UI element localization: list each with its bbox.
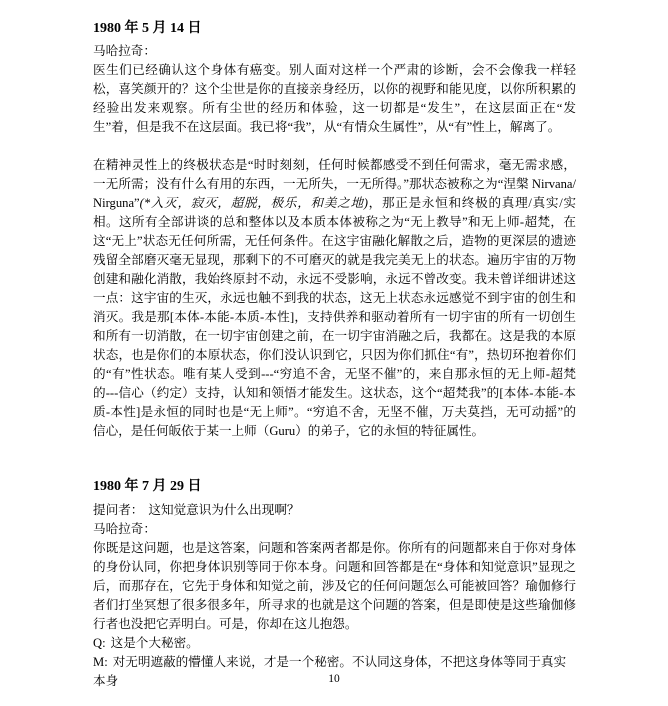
paragraph-body: 医生们已经确认这个身体有癌变。别人面对这样一个严肃的诊断，会不会像我一样轻松，喜… xyxy=(93,61,576,137)
m-label: M: xyxy=(93,655,108,669)
q-text: 这是个大秘密。 xyxy=(111,636,199,650)
paragraph-body: 在精神灵性上的终极状态是“时时刻刻，任何时候都感受不到任何需求，毫无需求感，一无… xyxy=(93,156,576,441)
question-text: 这知觉意识为什么出现啊？ xyxy=(148,503,299,517)
section-1980-07-29: 1980 年 7 月 29 日 提问者：这知觉意识为什么出现啊？ 马哈拉奇： 你… xyxy=(93,477,576,691)
question-line: 提问者：这知觉意识为什么出现啊？ xyxy=(93,501,576,520)
speaker-label: 马哈拉奇： xyxy=(93,42,576,61)
speaker-label: 马哈拉奇： xyxy=(93,520,576,539)
page-number: 10 xyxy=(0,672,668,686)
answer-paragraph: 你既是这问题，也是这答案，问题和答案两者都是你。你所有的问题都来自于你对身体的身… xyxy=(93,539,576,634)
translator-gloss: (*入灭，寂灭，超脱，极乐，和美之地) xyxy=(140,196,368,210)
questioner-label: 提问者： xyxy=(93,503,143,517)
paragraph-text: ，那正是永恒和终极的真理/真实/实相。这所有全部讲谈的总和整体以及本质本体被称之… xyxy=(93,196,576,438)
q-label: Q: xyxy=(93,636,106,650)
date-heading-jul-29: 1980 年 7 月 29 日 xyxy=(93,477,576,496)
section-1980-05-14: 1980 年 5 月 14 日 马哈拉奇： 医生们已经确认这个身体有癌变。别人面… xyxy=(93,19,576,441)
document-page: 1980 年 5 月 14 日 马哈拉奇： 医生们已经确认这个身体有癌变。别人面… xyxy=(0,0,668,706)
qa-line-q: Q:这是个大秘密。 xyxy=(93,634,576,653)
date-heading-may-14: 1980 年 5 月 14 日 xyxy=(93,19,576,38)
